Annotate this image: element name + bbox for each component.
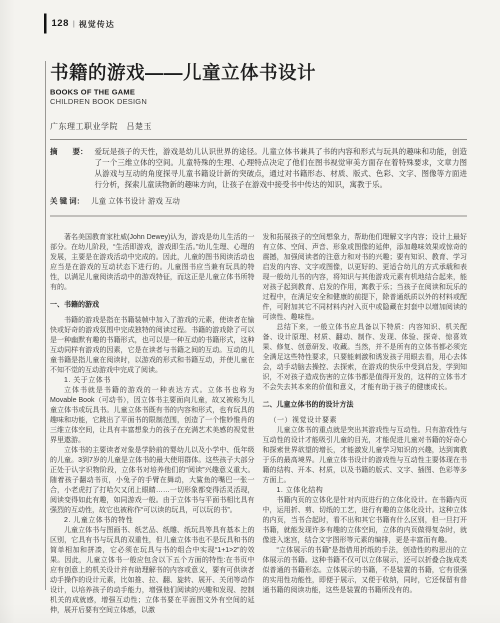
divider-above-abstract: [50, 139, 467, 140]
paragraph: “立体展示的书籍”是指借用折纸的手法，创造性的构思出的立体展示的书籍。这种书籍不…: [263, 545, 468, 595]
sub-heading: 1. 关于立体书: [50, 375, 255, 385]
abstract-row: 摘 要： 爱玩是孩子的天性，游戏是幼儿认识世界的途径。儿童立体书兼具了书的内容和…: [50, 147, 467, 191]
abstract-label: 摘 要：: [50, 147, 88, 191]
section-heading: 二、儿童立体书的的设计方法: [263, 399, 468, 409]
paragraph: 总结下来，一般立体书应具备以下特质：内容知识、机关配备、设计原理、材质、翻动、制…: [263, 322, 468, 392]
left-margin-rule: [45, 61, 46, 590]
abstract-text: 爱玩是孩子的天性，游戏是幼儿认识世界的途径。儿童立体书兼具了书的内容和形式与玩具…: [95, 147, 467, 191]
paragraph: 书籍的游戏是指在书籍装帧中加入了游戏的元素，使读者在愉快或好奇的游戏氛围中完成独…: [50, 315, 255, 375]
two-column-body: 著名美国教育家杜威(John Dewey)认为，游戏是幼儿生活的一部分。在幼儿阶…: [50, 232, 467, 615]
column-left: 著名美国教育家杜威(John Dewey)认为，游戏是幼儿生活的一部分。在幼儿阶…: [50, 232, 255, 615]
header-section-label: 视觉传达: [79, 18, 115, 30]
article-title: 书籍的游戏——儿童立体书设计: [50, 62, 467, 84]
divider-below-keywords: [50, 216, 467, 217]
journal-page: 128 | 视觉传达 书籍的游戏——儿童立体书设计 BOOKS OF THE G…: [0, 0, 500, 623]
scanned-page-viewport: 128 | 视觉传达 书籍的游戏——儿童立体书设计 BOOKS OF THE G…: [0, 0, 500, 623]
article-subtitle-en-1: BOOKS OF THE GAME: [50, 88, 467, 98]
paragraph: 儿童立体书的重点就是突出其游戏性与互动性。只有游戏性与互动性的设计才能吸引儿童的…: [263, 425, 468, 485]
paragraph: 书籍内页的立体化是针对内页进行的立体化设计。在书籍内页中，运用折、剪、切纸的工艺…: [263, 495, 468, 545]
paragraph: 著名美国教育家杜威(John Dewey)认为，游戏是幼儿生活的一部分。在幼儿阶…: [50, 232, 255, 292]
column-right: 发和拓展孩子的空间想象力，帮助他们理解文字内容；设计上最好有立体、空间、声音、形…: [263, 232, 468, 615]
paragraph: 立体书的主要读者对象是学龄前的婴幼儿以及小学中、低年级的儿童。3到7岁的儿童是立…: [50, 445, 255, 515]
article-content: 书籍的游戏——儿童立体书设计 BOOKS OF THE GAME CHILDRE…: [50, 62, 467, 615]
sub-heading: （一）视觉设计要素: [263, 415, 468, 425]
sub-heading: 1. 立体化结构: [263, 485, 468, 495]
page-header: 128 | 视觉传达: [44, 0, 500, 34]
article-subtitle-en-2: CHILDREN BOOK DESIGN: [50, 97, 467, 107]
page-number: 128: [52, 18, 69, 29]
keywords-label: 关 键 词：: [50, 196, 84, 207]
keywords-text: 儿童 立体书设计 游戏 互动: [91, 196, 467, 207]
keywords-row: 关 键 词： 儿童 立体书设计 游戏 互动: [50, 196, 467, 207]
author-affiliation: 广东理工职业学院 吕楚玉: [50, 120, 467, 132]
header-black-bar: [44, 14, 47, 34]
paragraph: 儿童立体书与图画书、纸艺品、纸雕、纸玩具等具有基本上的区别，它具有书与玩具的双重…: [50, 525, 255, 615]
header-separator: |: [73, 19, 75, 28]
sub-heading: 2. 儿童立体书的特性: [50, 515, 255, 525]
paragraph: 立体书就是书籍的游戏的一种表达方式。立体书也称为Movable Book（可动书…: [50, 385, 255, 445]
paragraph: 发和拓展孩子的空间想象力，帮助他们理解文字内容；设计上最好有立体、空间、声音、形…: [263, 232, 468, 322]
section-heading: 一、书籍的游戏: [50, 299, 255, 309]
